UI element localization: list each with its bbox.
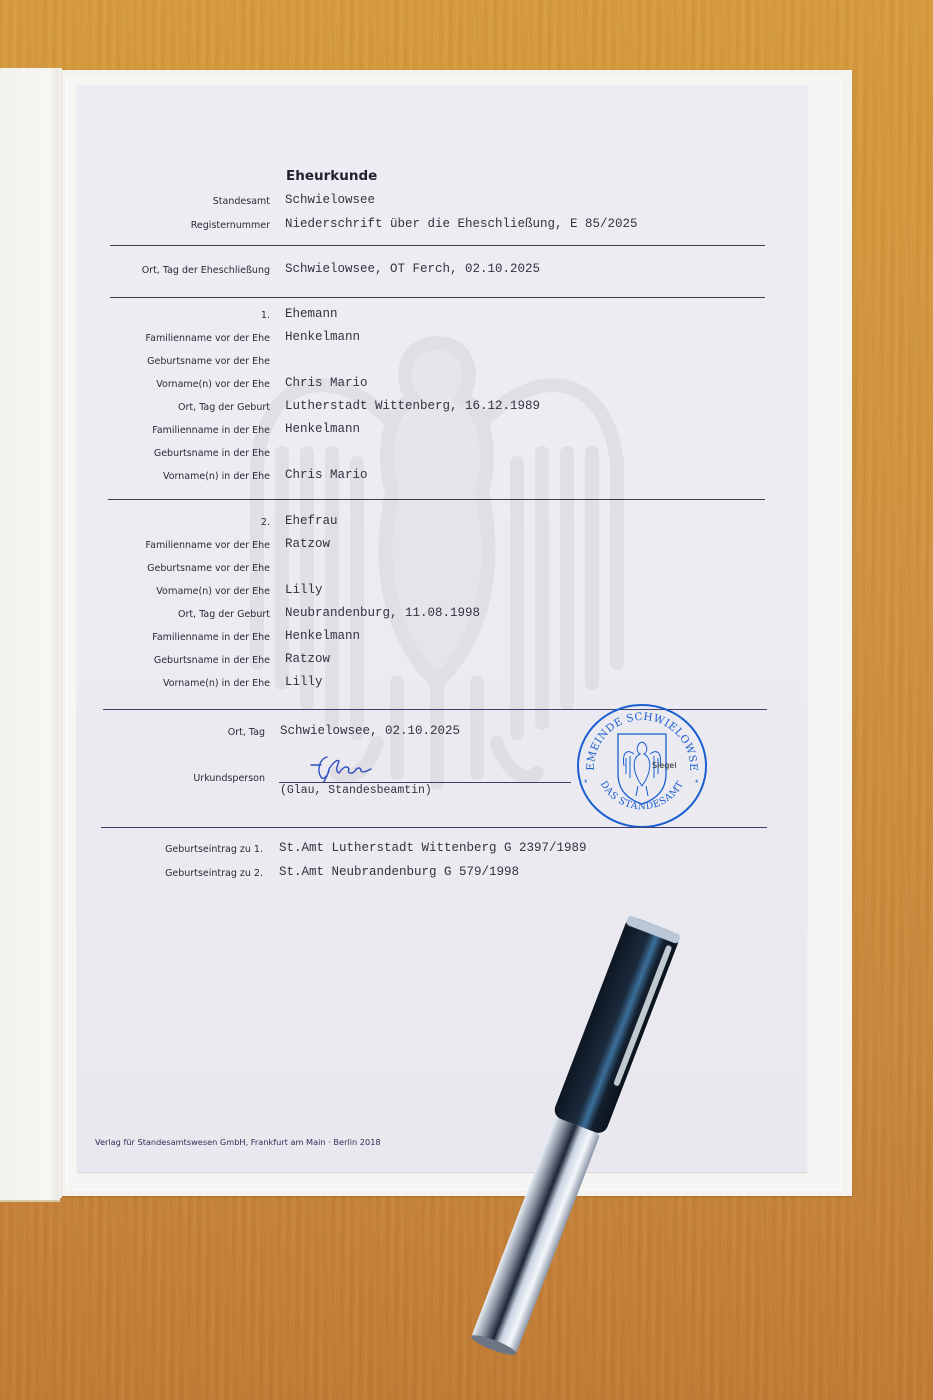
official-name: (Glau, Standesbeamtin) [280,784,432,797]
field-row: Geburtsname vor der Ehe [77,353,807,373]
divider [108,499,765,500]
divider [110,245,765,246]
field-value: Chris Mario [285,468,368,482]
field-row-marriage-place-date: Ort, Tag der Eheschließung Schwielowsee,… [77,262,807,282]
document-title: Eheurkunde [286,168,377,184]
folder-left-cover [0,68,60,1202]
field-label: Familienname in der Ehe [152,632,270,643]
divider [101,827,767,828]
field-value: Lilly [285,675,323,689]
field-row: Vorname(n) vor der Ehe Chris Mario [77,376,807,396]
field-value: Ratzow [285,652,330,666]
field-row: Vorname(n) in der Ehe Chris Mario [77,468,807,488]
field-row: Geburtsname in der Ehe [77,445,807,465]
divider [110,297,765,298]
field-row: Familienname in der Ehe Henkelmann [77,422,807,442]
field-value: Niederschrift über die Eheschließung, E … [285,217,638,231]
field-row-registernummer: Registernummer Niederschrift über die Eh… [77,217,807,237]
field-value: Henkelmann [285,422,360,436]
field-label: Ort, Tag [228,727,265,738]
section-heading-spouse1: 1. Ehemann [77,307,807,327]
field-value: Schwielowsee, 02.10.2025 [280,724,460,738]
field-value: Lilly [285,583,323,597]
field-label: Geburtsname vor der Ehe [147,563,270,574]
field-value: Schwielowsee [285,193,375,207]
field-label: Ort, Tag der Geburt [178,609,270,620]
section-number: 2. [261,517,270,528]
signature-line [279,782,571,783]
field-row: Familienname vor der Ehe Ratzow [77,537,807,557]
field-value: Lutherstadt Wittenberg, 16.12.1989 [285,399,540,413]
field-label: Vorname(n) vor der Ehe [156,586,270,597]
field-row-birth-entry-1: Geburtseintrag zu 1. St.Amt Lutherstadt … [77,841,807,861]
field-row-birth-entry-2: Geburtseintrag zu 2. St.Amt Neubrandenbu… [77,865,807,885]
field-row: Familienname in der Ehe Henkelmann [77,629,807,649]
field-row: Ort, Tag der Geburt Lutherstadt Wittenbe… [77,399,807,419]
fountain-pen[interactable] [470,905,780,1365]
field-label: Vorname(n) vor der Ehe [156,379,270,390]
field-label: Geburtsname vor der Ehe [147,356,270,367]
field-value: St.Amt Lutherstadt Wittenberg G 2397/198… [279,841,587,855]
svg-text:DAS STANDESAMT: DAS STANDESAMT [598,779,686,812]
field-value: Henkelmann [285,629,360,643]
field-value: Henkelmann [285,330,360,344]
field-value: Chris Mario [285,376,368,390]
section-heading-spouse2: 2. Ehefrau [77,514,807,534]
field-value: Schwielowsee, OT Ferch, 02.10.2025 [285,262,540,276]
section-role: Ehemann [285,307,338,321]
field-label: Geburtsname in der Ehe [154,448,270,459]
field-label: Ort, Tag der Eheschließung [142,265,270,276]
field-label: Vorname(n) in der Ehe [163,678,270,689]
section-role: Ehefrau [285,514,338,528]
field-row-standesamt: Standesamt Schwielowsee [77,193,807,213]
field-row: Vorname(n) in der Ehe Lilly [77,675,807,695]
signature-glau [307,753,387,783]
publisher-footer: Verlag für Standesamtswesen GmbH, Frankf… [95,1137,381,1147]
field-label: Geburtsname in der Ehe [154,655,270,666]
section-number: 1. [261,310,270,321]
field-label: Geburtseintrag zu 2. [165,868,263,879]
field-row: Ort, Tag der Geburt Neubrandenburg, 11.0… [77,606,807,626]
field-row: Vorname(n) vor der Ehe Lilly [77,583,807,603]
svg-text:Siegel: Siegel [652,761,676,770]
folder-spine [58,68,62,1198]
field-value: Neubrandenburg, 11.08.1998 [285,606,480,620]
official-seal-stamp-icon: GEMEINDE SCHWIELOWSEE DAS STANDESAMT * *… [574,702,710,830]
field-label: Ort, Tag der Geburt [178,402,270,413]
field-label: Registernummer [191,220,270,231]
svg-text:GEMEINDE SCHWIELOWSEE: GEMEINDE SCHWIELOWSEE [574,702,699,771]
field-label: Urkundsperson [193,773,265,784]
field-label: Vorname(n) in der Ehe [163,471,270,482]
field-value: St.Amt Neubrandenburg G 579/1998 [279,865,519,879]
svg-text:*: * [695,778,699,788]
field-label: Familienname in der Ehe [152,425,270,436]
field-label: Geburtseintrag zu 1. [165,844,263,855]
field-label: Familienname vor der Ehe [146,333,270,344]
field-row: Familienname vor der Ehe Henkelmann [77,330,807,350]
field-value: Ratzow [285,537,330,551]
field-label: Standesamt [213,196,270,207]
svg-text:*: * [584,778,588,788]
field-row: Geburtsname in der Ehe Ratzow [77,652,807,672]
field-label: Familienname vor der Ehe [146,540,270,551]
field-row: Geburtsname vor der Ehe [77,560,807,580]
